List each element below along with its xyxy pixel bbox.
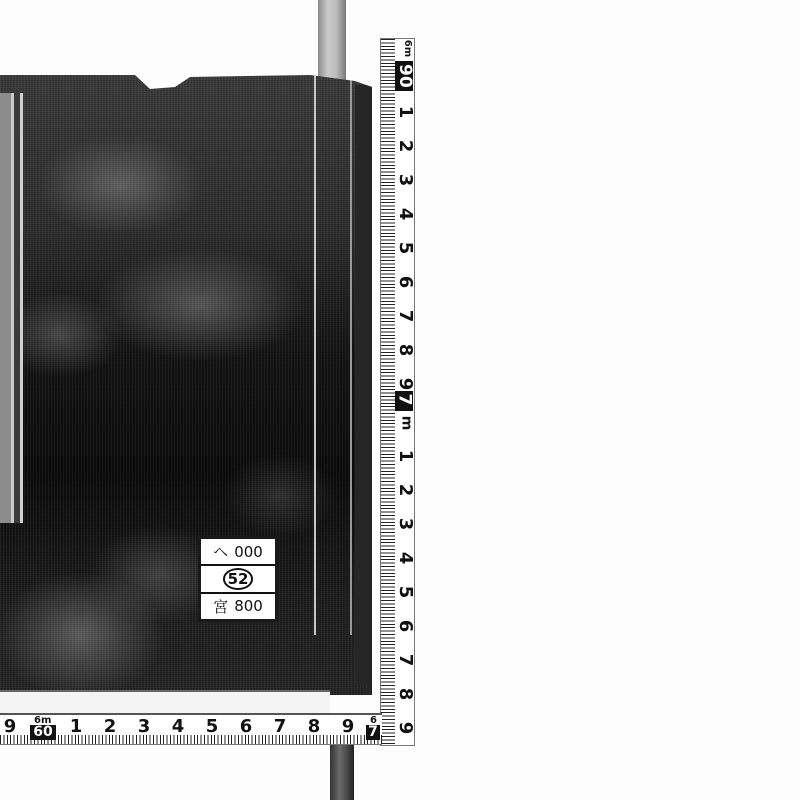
ruler-number: 9 [396, 376, 414, 392]
ruler-start-badge: 90 [395, 61, 413, 91]
ruler-number: 1 [396, 104, 414, 120]
ruler-number: 7 [396, 308, 414, 324]
ruler-number: 6 [396, 618, 414, 634]
ruler-end-badge: 7 [366, 725, 380, 740]
ruler-number: 3 [136, 718, 152, 736]
ruler-number: 6 [238, 718, 254, 736]
spine-crease [314, 75, 316, 635]
ruler-number: 5 [204, 718, 220, 736]
ruler-mid-unit: m [398, 416, 414, 431]
cover-border-frame [0, 93, 23, 523]
tie-strap-top [318, 0, 346, 80]
ruler-number: 2 [396, 138, 414, 154]
ruler-number: 9 [2, 718, 18, 736]
ruler-number: 3 [396, 516, 414, 532]
ruler-number: 1 [68, 718, 84, 736]
ruler-number: 3 [396, 172, 414, 188]
ruler-number: 2 [102, 718, 118, 736]
ruler-mid-badge: 7 [395, 391, 413, 411]
spine-band [355, 85, 372, 685]
ruler-number: 5 [396, 584, 414, 600]
ruler-number: 8 [396, 342, 414, 358]
ruler-unit-label: 6m [402, 40, 413, 57]
ruler-number: 4 [396, 206, 414, 222]
ruler-number: 6 [396, 274, 414, 290]
ruler-number: 7 [272, 718, 288, 736]
book-cover [0, 75, 372, 695]
label-value: 800 [234, 597, 263, 615]
ruler-number: 2 [396, 482, 414, 498]
ruler-number: 8 [306, 718, 322, 736]
ruler-ticks [0, 735, 382, 744]
tie-strap-bottom [330, 740, 354, 800]
label-mark: 宮 [213, 596, 228, 617]
ruler-number: 1 [396, 448, 414, 464]
horizontal-ruler: 9 6m 60 6 7 123456789 [0, 713, 382, 745]
ruler-number: 4 [170, 718, 186, 736]
ruler-number: 5 [396, 240, 414, 256]
ruler-ticks [381, 39, 395, 745]
ruler-number: 4 [396, 550, 414, 566]
ruler-start-badge: 60 [30, 725, 56, 740]
ruler-mid-badge-text: 7 [396, 394, 413, 406]
catalog-label: ヘ 000 52 宮 800 [198, 536, 278, 622]
spine-edge [350, 75, 352, 635]
vertical-ruler: 6m 90 7 m 123456789123456789 [380, 38, 415, 746]
label-value: 000 [234, 543, 263, 561]
label-row-3: 宮 800 [201, 592, 275, 619]
cover-texture [0, 75, 372, 695]
scanned-book-cover-photo: ヘ 000 52 宮 800 6m 90 7 m 123456789123456… [0, 0, 800, 800]
ruler-number: 9 [340, 718, 356, 736]
label-row-2: 52 [201, 564, 275, 591]
ruler-number: 9 [396, 720, 414, 736]
label-row-1: ヘ 000 [201, 539, 275, 564]
ruler-number: 7 [396, 652, 414, 668]
ruler-number: 8 [396, 686, 414, 702]
label-mark: ヘ [213, 541, 228, 562]
label-circled-number: 52 [223, 568, 254, 590]
